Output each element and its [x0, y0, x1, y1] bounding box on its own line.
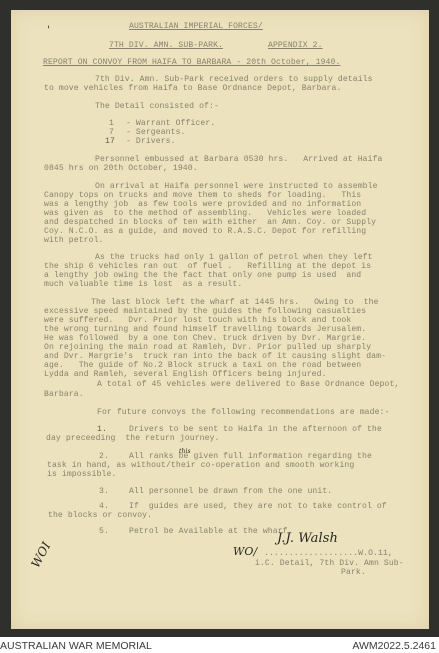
p6-line-2: Barbara.	[44, 390, 84, 399]
p5-line-4: the wrong turning and found himself trav…	[44, 325, 366, 334]
p5-line-2: excessive speed maintained by the guides…	[44, 307, 366, 316]
caption-accession-number: AWM2022.5.2461	[352, 640, 436, 652]
p5-line-9: Lydda and Ramleh, several English Office…	[44, 370, 327, 379]
p3-line-1: On arrival at Haifa personnel were instr…	[95, 182, 378, 191]
document-title: REPORT ON CONVOY FROM HAIFA TO BARBARA -…	[43, 58, 340, 67]
detail-count-1: 1	[109, 119, 114, 128]
signature-prefix-handwritten: WO/	[233, 547, 257, 556]
recommendations-intro: For future convoys the following recomme…	[97, 408, 389, 417]
caption-institution: AUSTRALIAN WAR MEMORIAL	[0, 640, 152, 652]
rec-3-line-1: All personnel be drawn from the one unit…	[129, 487, 332, 496]
p4-line-4: much valuable time is lost as a result.	[44, 280, 242, 289]
header-unit: 7TH DIV. AMN. SUB-PARK.	[109, 41, 223, 50]
p3-line-6: Coy. N.C.O. as a guide, and moved to R.A…	[44, 227, 366, 236]
rec-1-number: 1.	[97, 425, 107, 434]
rec-5-line-1: Petrol be Available at the wharf.	[129, 527, 293, 536]
p6-line-1: A total of 45 vehicles were delivered to…	[97, 380, 399, 389]
p5-line-5: He was followed by a one ton Chev. truck…	[44, 334, 366, 343]
detail-count-2: 7	[109, 128, 114, 137]
rec-2-line-3: is impossible.	[47, 470, 116, 479]
header-appendix: APPENDIX 2.	[268, 41, 323, 50]
p3-line-3: was a lengthy job as few tools were prov…	[44, 200, 361, 209]
rec-5-number: 5.	[99, 527, 109, 536]
p5-line-1: The last block left the wharf at 1445 hr…	[91, 298, 379, 307]
p2-line-1: Personnel embussed at Barbara 0530 hrs. …	[95, 155, 383, 164]
rec-2-line-1: All ranks be given full information rega…	[129, 452, 372, 461]
top-mark: '	[47, 26, 50, 35]
rec-4-line-2: the blocks or convoy.	[48, 511, 152, 520]
rec-2-number: 2.	[99, 452, 109, 461]
detail-label-1: - Warrant Officer.	[126, 119, 215, 128]
rec-1-line-1: Drivers to be sent to Haifa in the after…	[129, 425, 382, 434]
signature-dotted-line: ...................W.O.11,	[264, 549, 393, 558]
p5-line-6: On rejoining the main road at Ramleh, Dv…	[44, 343, 371, 352]
p1-line-1: 7th Div. Amn. Sub-Park received orders t…	[95, 75, 373, 84]
p5-line-3: were suffered. Dvr. Prior lost touch wit…	[44, 316, 351, 325]
signature-handwritten: J.J. Walsh	[277, 534, 338, 543]
detail-label-2: - Sergeants.	[126, 128, 185, 137]
header-org: AUSTRALIAN IMPERIAL FORCES/	[129, 22, 263, 31]
p4-line-1: As the trucks had only 1 gallon of petro…	[95, 253, 373, 262]
p4-line-2: the ship 6 vehicles ran out of fuel . Re…	[44, 262, 371, 271]
p1-line-2: to move vehicles from Haifa to Base Ordn…	[44, 84, 341, 93]
rec-2-line-2: task in hand, as without/their co-operat…	[47, 461, 354, 470]
signature-role-line-2: Park.	[341, 568, 366, 577]
p3-line-2: Canopy tops on trucks and move them to s…	[44, 191, 361, 200]
detail-label-3: - Drivers.	[126, 137, 176, 146]
detail-count-3: 17	[105, 137, 115, 146]
rec-3-number: 3.	[99, 487, 109, 496]
p3-line-5: and despatched in blocks of ten with eit…	[44, 218, 376, 227]
rec-4-line-1: If guides are used, they are not to take…	[129, 502, 387, 511]
p3-line-4: was given as to the method of assembling…	[44, 209, 366, 218]
margin-initials-handwritten: WOI	[31, 541, 52, 569]
detail-intro: The Detail consisted of:-	[95, 102, 219, 111]
rec-2-handwritten-insert: this	[179, 447, 191, 456]
p5-line-8: age. The guide of No.2 Block struck a ta…	[44, 361, 361, 370]
rec-1-line-2: day preceeding the return journey.	[46, 434, 220, 443]
document-page: AUSTRALIAN IMPERIAL FORCES/ ' 7TH DIV. A…	[11, 10, 429, 629]
signature-role-line-1: i.C. Detail, 7th Div. Amn Sub-	[255, 559, 404, 568]
rec-4-number: 4.	[99, 502, 109, 511]
p4-line-3: a lengthy job owing the the fact that on…	[44, 271, 361, 280]
p3-line-7: with petrol.	[44, 236, 103, 245]
p2-line-2: 0845 hrs on 20th October, 1940.	[44, 164, 198, 173]
p5-line-7: and Dvr. Margrie's truck ran into the ba…	[44, 352, 386, 361]
